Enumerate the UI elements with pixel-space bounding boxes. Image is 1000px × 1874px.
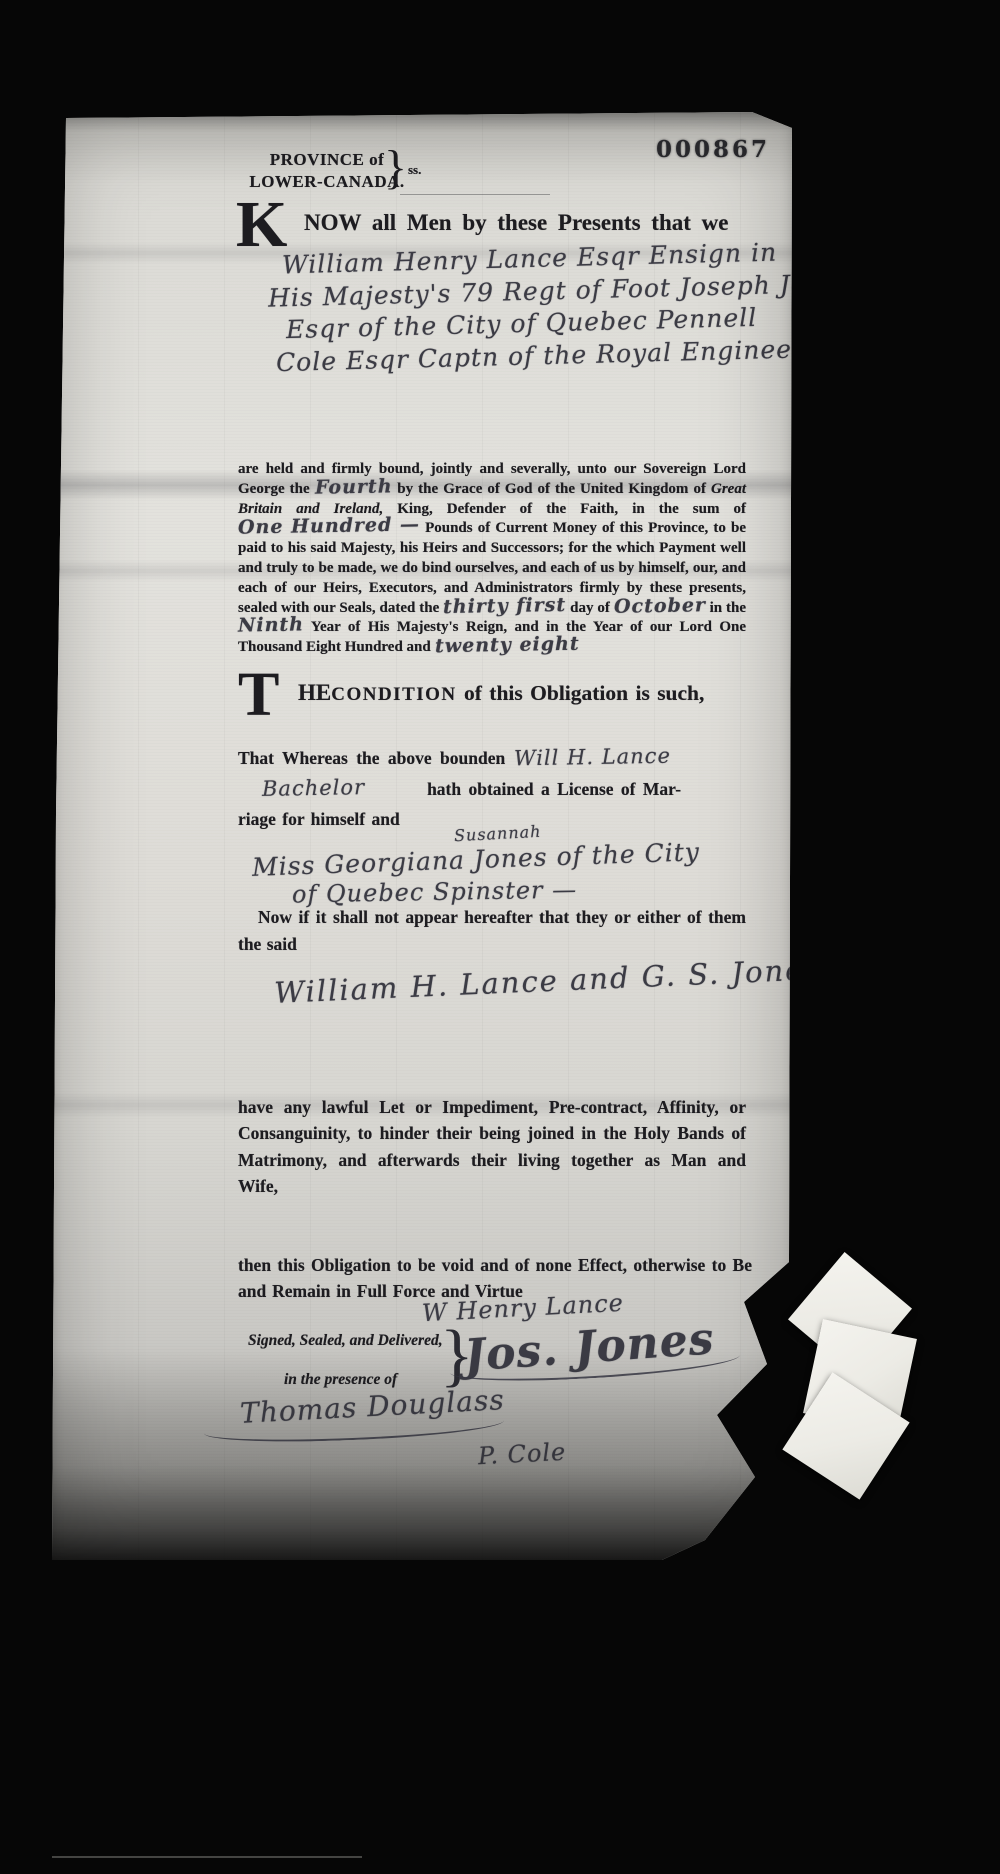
signature-witness-douglass: Thomas Douglass [239, 1383, 505, 1430]
opening-dropcap: K [236, 192, 287, 258]
attestation-line-2: in the presence of [284, 1371, 397, 1389]
bond-hand-sum: One Hundred — [238, 520, 420, 533]
document-page: 000867 PROVINCE of LOWER-CANADA. } ss. K… [52, 112, 792, 1560]
condition-heading-he: HE [298, 680, 331, 705]
stamp-number: 000867 [656, 136, 770, 163]
bond-seg-3: King, Defender of the Faith, in the sum … [383, 501, 746, 517]
condition-heading: HECONDITION of this Obligation is such, [298, 680, 778, 706]
condition-line-3: riage for himself and [238, 809, 400, 830]
couple-names-handwritten: William H. Lance and G. S. Jones [274, 952, 822, 1010]
bride-insert-above: Susannah [454, 822, 542, 846]
scan-streak [52, 112, 792, 132]
attestation-line-1: Signed, Sealed, and Delivered, [248, 1332, 443, 1350]
bond-paragraph: are held and firmly bound, jointly and s… [238, 460, 746, 658]
bond-hand-day: thirty first [443, 600, 566, 612]
impediment-paragraph: have any lawful Let or Impediment, Pre-c… [238, 1094, 746, 1199]
signature-cole: P. Cole [477, 1438, 567, 1471]
bond-seg-6: in the [706, 600, 746, 616]
bond-hand-reign-year: Ninth [238, 620, 304, 631]
ss-abbreviation: ss. [408, 162, 421, 178]
scanned-document-background: 000867 PROVINCE of LOWER-CANADA. } ss. K… [0, 0, 1000, 1874]
header-rule [400, 194, 550, 195]
paper-bottom-fade [52, 1350, 792, 1560]
condition-seg-1: That Whereas the above bounden [238, 748, 514, 768]
condition-dropcap: T [238, 664, 279, 726]
province-header-line1: PROVINCE of [252, 150, 402, 170]
condition-hand-status: Bachelor [262, 782, 365, 794]
header-brace-glyph: } [384, 140, 407, 195]
condition-line-2: Bachelorhath obtained a License of Mar- [262, 779, 782, 800]
condition-line-1: That Whereas the above bounden Will H. L… [238, 748, 758, 769]
now-clause: Now if it shall not appear hereafter tha… [238, 904, 746, 957]
bond-seg-2: by the Grace of God of the United Kingdo… [392, 481, 711, 497]
bond-hand-king-numeral: Fourth [315, 481, 393, 492]
signature-jones: Jos. Jones [463, 1313, 716, 1381]
bond-hand-month: October [614, 600, 706, 612]
bond-hand-year: twenty eight [434, 639, 579, 652]
condition-heading-word: CONDITION [331, 684, 456, 705]
condition-hand-groom: Will H. Lance [514, 751, 671, 764]
condition-heading-rest: of this Obligation is such, [457, 681, 705, 705]
scan-artifact-line [52, 1856, 362, 1858]
opening-text: NOW all Men by these Presents that we [304, 210, 774, 236]
condition-seg-2: hath obtained a License of Mar- [427, 779, 681, 799]
bond-seg-5: day of [566, 600, 614, 616]
